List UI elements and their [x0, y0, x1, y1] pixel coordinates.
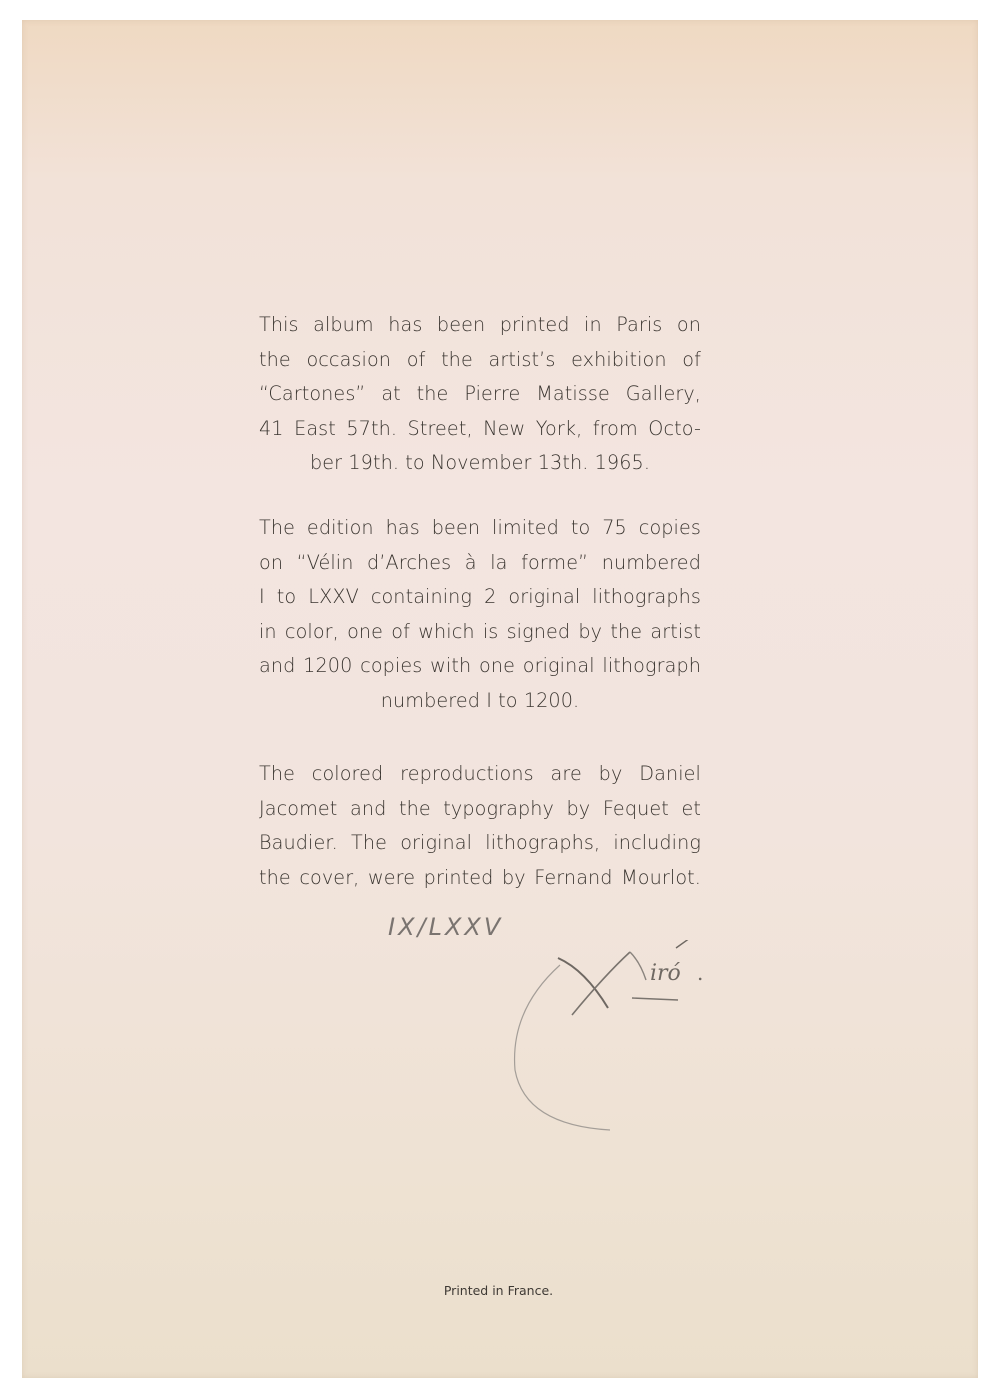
artist-signature: Miró. iró .	[500, 940, 730, 1140]
handwritten-edition-number: IX/LXXV	[388, 913, 503, 941]
text-line: “Cartones” at the Pierre Matisse Gallery…	[259, 377, 701, 412]
text-line: Jacomet and the typography by Fequet et	[259, 792, 701, 827]
svg-text:.: .	[697, 961, 703, 985]
colophon-paragraph-edition: The edition has been limited to 75 copie…	[259, 511, 701, 718]
text-line: and 1200 copies with one original lithog…	[259, 649, 701, 684]
text-line: in color, one of which is signed by the …	[259, 615, 701, 650]
text-line: I to LXXV containing 2 original lithogra…	[259, 580, 701, 615]
text-line: ber 19th. to November 13th. 1965.	[259, 446, 701, 481]
svg-text:iró: iró	[650, 961, 681, 986]
text-line: Baudier. The original lithographs, inclu…	[259, 826, 701, 861]
colophon-paragraph-credits: The colored reproductions are by Daniel …	[259, 757, 701, 895]
text-line: 41 East 57th. Street, New York, from Oct…	[259, 412, 701, 447]
text-line: the occasion of the artist’s exhibition …	[259, 343, 701, 378]
text-line: on “Vélin d’Arches à la forme” numbered	[259, 546, 701, 581]
text-line: numbered I to 1200.	[259, 684, 701, 719]
colophon-paragraph-exhibition: This album has been printed in Paris on …	[259, 308, 701, 481]
text-line: The colored reproductions are by Daniel	[259, 757, 701, 792]
text-line: the cover, were printed by Fernand Mourl…	[259, 861, 701, 896]
text-line: The edition has been limited to 75 copie…	[259, 511, 701, 546]
text-line: This album has been printed in Paris on	[259, 308, 701, 343]
printed-in-footer: Printed in France.	[0, 1283, 997, 1298]
